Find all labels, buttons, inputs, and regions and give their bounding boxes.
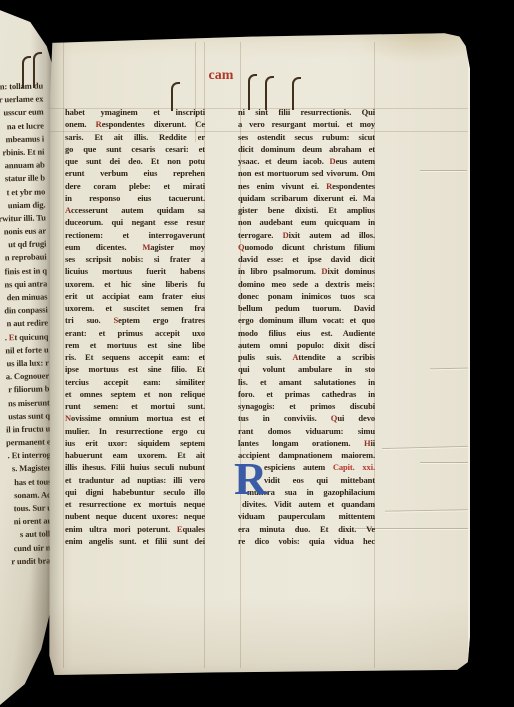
manuscript-text-line: non est mortuorum sed vivorum. Om	[238, 167, 375, 179]
manuscript-text-line: bellum pedum tuorum. David	[238, 302, 375, 314]
vellum-crease	[382, 446, 468, 450]
manuscript-text-line: dere coram plebe: et mirati	[65, 180, 205, 192]
manuscript-text-line: foro. et primas cathedras in	[238, 388, 375, 400]
manuscript-text-line: vidit eos qui mittebant	[238, 474, 375, 486]
manuscript-text-line: synagogis: et primos discubi	[238, 400, 375, 412]
manuscript-text-line: erunt verbum eius reprehen	[65, 167, 205, 179]
manuscript-text-line: erant: et primus accepit uxo	[65, 327, 205, 339]
manuscript-text-line: qui digni habebuntur seculo illo	[65, 486, 205, 498]
manuscript-text-line: terrogare. Dixit autem ad illos.	[238, 229, 375, 241]
manuscript-text-line: et resurrectione ex mortuis neque	[65, 498, 205, 510]
manuscript-text-line: domino meo sede a dextris meis:	[238, 278, 375, 290]
manuscript-text-line: pulis suis. Attendite a scribis	[238, 351, 375, 363]
manuscript-text-line: non audebant eum quicquam in	[238, 216, 375, 228]
manuscript-text-line: onem. Respondentes dixerunt. Ce	[65, 118, 205, 130]
vellum-crease	[430, 368, 468, 371]
manuscript-text-line: nubent neque ducent uxores: neque	[65, 510, 205, 522]
manuscript-text-line: illis ihesus. Filii huius seculi nubunt	[65, 461, 205, 473]
manuscript-text-line: rant domos viduarum: simu	[238, 425, 375, 437]
manuscript-text-line: re dico vobis: quia vidua hec	[238, 535, 375, 547]
manuscript-text-line: duceorum. qui negant esse resur	[65, 216, 205, 228]
manuscript-text-line: Novissime omnium mortua est et	[65, 412, 205, 424]
manuscript-text-line: ses ostendit secus rubum: sicut	[238, 131, 375, 143]
manuscript-text-line: que sunt dei deo. Et non potu	[65, 155, 205, 167]
manuscript-text-line: eum dicentes. Magister moy	[65, 241, 205, 253]
manuscript-text-line: uxorem. et suscitet semen fra	[65, 302, 205, 314]
manuscript-text-line: ipse mortuus est sine filio. Et	[65, 363, 205, 375]
manuscript-text-line: enim angelis sunt. et filii sunt dei	[65, 535, 205, 547]
manuscript-text-line: a vero resurgant mortui. et moy	[238, 118, 375, 130]
manuscript-text-line: modo filius eius est. Audiente	[238, 327, 375, 339]
manuscript-text-line: enim ultra mori poterunt. Equales	[65, 523, 205, 535]
photo-background: n: tollam dur uerlame exusscur eumna et …	[0, 0, 514, 707]
manuscript-text-line: runt semen: et mortui sunt.	[65, 400, 205, 412]
text-column-left: habet ymaginem et inscriptionem. Respond…	[65, 106, 205, 547]
manuscript-text-line: david esse: et ipse david dicit	[238, 253, 375, 265]
manuscript-text-line: Quomodo dicunt christum filium	[238, 241, 375, 253]
text-column-right: ni sint filii resurrectionis. Quia vero …	[238, 106, 375, 547]
manuscript-text-line: donec ponam inimicos tuos sca	[238, 290, 375, 302]
manuscript-text-line: qui volunt ambulare in sto	[238, 363, 375, 375]
manuscript-text-line: autem omni populo: dixit disci	[238, 339, 375, 351]
manuscript-text-line: saris. Et ait illis. Reddite er	[65, 131, 205, 143]
manuscript-text-line: ysaac. et deum iacob. Deus autem	[238, 155, 375, 167]
manuscript-text-line: in libro psalmorum. Dixit dominus	[238, 265, 375, 277]
gutter-shadow	[0, 8, 55, 705]
manuscript-text-line: et omnes septem et non relique	[65, 388, 205, 400]
manuscript-text-line: in responso eius tacuerunt.	[65, 192, 205, 204]
manuscript-text-line: ses scripsit nobis: si frater a	[65, 253, 205, 265]
manuscript-text-line: ni sint filii resurrectionis. Qui	[238, 106, 375, 118]
vellum-crease	[420, 462, 468, 464]
manuscript-text-line: go que sunt cesaris cesari: et	[65, 143, 205, 155]
manuscript-text-line: viduam pauperculam mittentem	[238, 510, 375, 522]
manuscript-text-line: lis. et amant salutationes in	[238, 376, 375, 388]
manuscript-text-line: munera sua in gazophilacium	[238, 486, 375, 498]
manuscript-text-line: tus in conviviis. Qui devo	[238, 412, 375, 424]
manuscript-text-line: ergo dominum illum vocat: et quo	[238, 314, 375, 326]
manuscript-text-line: ris. Et sequens accepit eam: et	[65, 351, 205, 363]
manuscript-text-line: gister bene dixisti. Et amplius	[238, 204, 375, 216]
manuscript-page: cam habet ymaginem et inscriptionem. Res…	[46, 30, 470, 675]
manuscript-text-line: rem et mortuus est sine libe	[65, 339, 205, 351]
manuscript-text-line: et traduntur ad nuptias: illi vero	[65, 474, 205, 486]
manuscript-text-line: divites. Vidit autem et quandam	[238, 498, 375, 510]
ascender-flourish-icon	[265, 76, 274, 110]
manuscript-text-line: quidam scribarum dixerunt ei. Ma	[238, 192, 375, 204]
manuscript-text-line: tri suo. Septem ergo fratres	[65, 314, 205, 326]
facing-page-edge: n: tollam dur uerlame exusscur eumna et …	[0, 8, 55, 705]
manuscript-text-line: ius erit uxor: siquidem septem	[65, 437, 205, 449]
manuscript-text-line: mulier. In resurrectione ergo cu	[65, 425, 205, 437]
running-title: cam	[201, 68, 241, 84]
manuscript-text-line: tercius accepit eam: similiter	[65, 376, 205, 388]
manuscript-text-line: era minuta duo. Et dixit. Ve	[238, 523, 375, 535]
vellum-crease	[385, 509, 468, 512]
manuscript-text-line: espiciens autem Capit. xxi.	[238, 461, 375, 473]
manuscript-text-line: lantes longam orationem. Hii	[238, 437, 375, 449]
vellum-crease	[420, 170, 467, 172]
manuscript-text-line: nes enim vivunt ei. Respondentes autem	[238, 180, 375, 192]
manuscript-text-line: licuius mortuus fuerit habens	[65, 265, 205, 277]
manuscript-text-line: accipient dampnationem maiorem.	[238, 449, 375, 461]
manuscript-text-line: habet ymaginem et inscripti	[65, 106, 205, 118]
manuscript-text-line: dicit dominum deum abraham et deum	[238, 143, 375, 155]
manuscript-text-line: habuerunt eam uxorem. Et ait	[65, 449, 205, 461]
manuscript-text-line: erit ut accipiat eam frater eius	[65, 290, 205, 302]
manuscript-text-line: uxorem. et hic sine liberis fu	[65, 278, 205, 290]
manuscript-text-line: Accesserunt autem quidam sa	[65, 204, 205, 216]
ascender-flourish-icon	[248, 74, 257, 110]
manuscript-text-line: rectionem: et interrogaverunt	[65, 229, 205, 241]
ruling-line-vertical	[63, 42, 64, 668]
